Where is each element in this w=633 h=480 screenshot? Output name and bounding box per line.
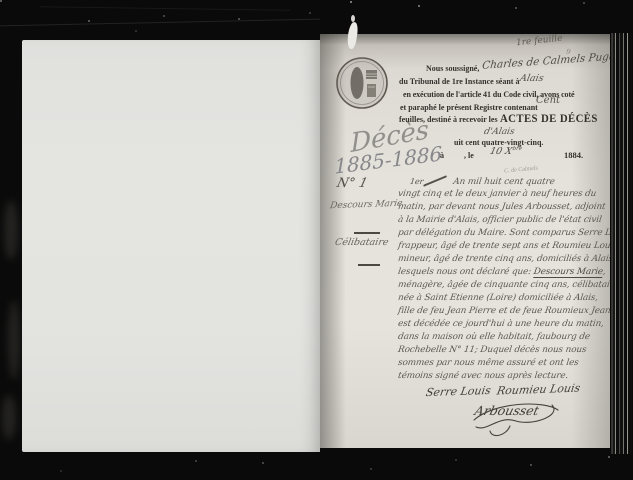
signature-witness-serre: Serre Louis xyxy=(425,384,492,399)
margin-dash xyxy=(354,232,380,234)
actes-de-deces-title: ACTES DE DÉCÈS xyxy=(500,113,598,125)
declaration-post: , xyxy=(602,267,606,277)
corner-sheet-note: 1re feuille xyxy=(516,34,563,49)
revenue-stamp-seal xyxy=(334,55,390,111)
printed-line-soussigne: Nous soussigné, xyxy=(426,64,479,73)
signature-witness-roumieu: Roumieu Louis xyxy=(496,382,581,398)
handwritten-city-alais: Alais xyxy=(519,73,545,84)
film-scratch xyxy=(40,6,290,10)
declaration-pre: lesquels nous ont déclaré que: xyxy=(397,267,531,277)
act-line: ménagère, âgée de cinquante cinq ans, cé… xyxy=(397,279,617,292)
handwritten-cent: Cent xyxy=(536,95,560,106)
act-line-text: An mil huit cent quatre xyxy=(453,177,556,187)
pencil-initials: C. de Calmels xyxy=(504,165,538,174)
printed-line-registre: et paraphé le présent Registre contenant xyxy=(400,103,538,112)
act-line: sommes par nous même assuré et ont les xyxy=(397,357,617,370)
blank-left-page xyxy=(22,40,320,452)
film-edge-blotch xyxy=(4,200,18,260)
microfilm-scan: 1re feuille 9 Décès 1885-1886 Charles de… xyxy=(0,0,633,480)
act-line: matin, par devant nous Jules Arbousset, … xyxy=(397,201,617,214)
deceased-name-underlined: Descours Marie xyxy=(533,267,604,278)
act-opening-number: 1er xyxy=(409,177,424,186)
act-line: par délégation du Maire. Sont comparus S… xyxy=(397,227,617,240)
act-line: frappeur, âgé de trente sept ans et Roum… xyxy=(397,240,617,253)
printed-a: à xyxy=(440,151,444,160)
act-line: 1erAn mil huit cent quatre xyxy=(397,175,617,188)
dust-specks xyxy=(0,0,2,2)
act-line-declaration: lesquels nous ont déclaré que: Descours … xyxy=(397,266,617,279)
act-line: dans la maison où elle habitait, faubour… xyxy=(397,331,617,344)
handwritten-day-month: 10 X xyxy=(489,146,514,157)
printed-line-tribunal: du Tribunal de 1re Instance séant à xyxy=(399,77,519,86)
act-line: à la Mairie d'Alais, officier public de … xyxy=(397,214,617,227)
handwritten-dalais: d'Alais xyxy=(483,127,516,137)
act-margin-number: N° 1 xyxy=(335,176,369,191)
act-line: fille de feu Jean Pierre et de feue Roum… xyxy=(397,305,617,318)
month-superscript: bre xyxy=(512,146,523,152)
film-edge-blotch xyxy=(2,395,16,440)
printed-year-1884: 1884. xyxy=(564,150,583,160)
act-line: mineur, âgé de trente cinq ans, domicili… xyxy=(397,253,617,266)
book-page-edges xyxy=(610,33,632,454)
death-act-body: 1erAn mil huit cent quatre vingt cinq et… xyxy=(398,175,616,383)
margin-dash xyxy=(358,264,380,266)
register-right-page: 1re feuille 9 Décès 1885-1886 Charles de… xyxy=(320,34,612,448)
film-scratch xyxy=(0,19,320,27)
act-line: témoins signé avec nous après lecture. xyxy=(397,370,617,383)
printed-line-actes-de-deces: feuilles, destiné à recevoir les ACTES D… xyxy=(399,113,604,125)
printed-le: , le xyxy=(464,151,474,160)
handwritten-judge-name: Charles de Calmels Puget xyxy=(482,50,620,72)
act-margin-deceased-name: Descours Marie xyxy=(329,199,403,212)
film-edge-blotch xyxy=(8,300,20,380)
act-margin-status: Célibataire xyxy=(334,237,390,248)
act-line: est décédée ce jourd'hui à une heure du … xyxy=(397,318,617,331)
act-line: née à Saint Etienne (Loire) domiciliée à… xyxy=(397,292,617,305)
opening-paraph-stroke xyxy=(424,175,448,187)
printed-feuilles-text: feuilles, destiné à recevoir les xyxy=(399,115,498,124)
signature-paraph-flourish xyxy=(466,400,570,442)
paper-tear-fragment xyxy=(351,15,355,22)
act-line: vingt cinq et le deux janvier à neuf heu… xyxy=(397,188,617,201)
printed-date-line: à , le xyxy=(440,151,474,160)
handwritten-date: 10 Xbre xyxy=(489,146,523,157)
act-line: Rochebelle N° 11; Duquel décès nous nous xyxy=(397,344,617,357)
